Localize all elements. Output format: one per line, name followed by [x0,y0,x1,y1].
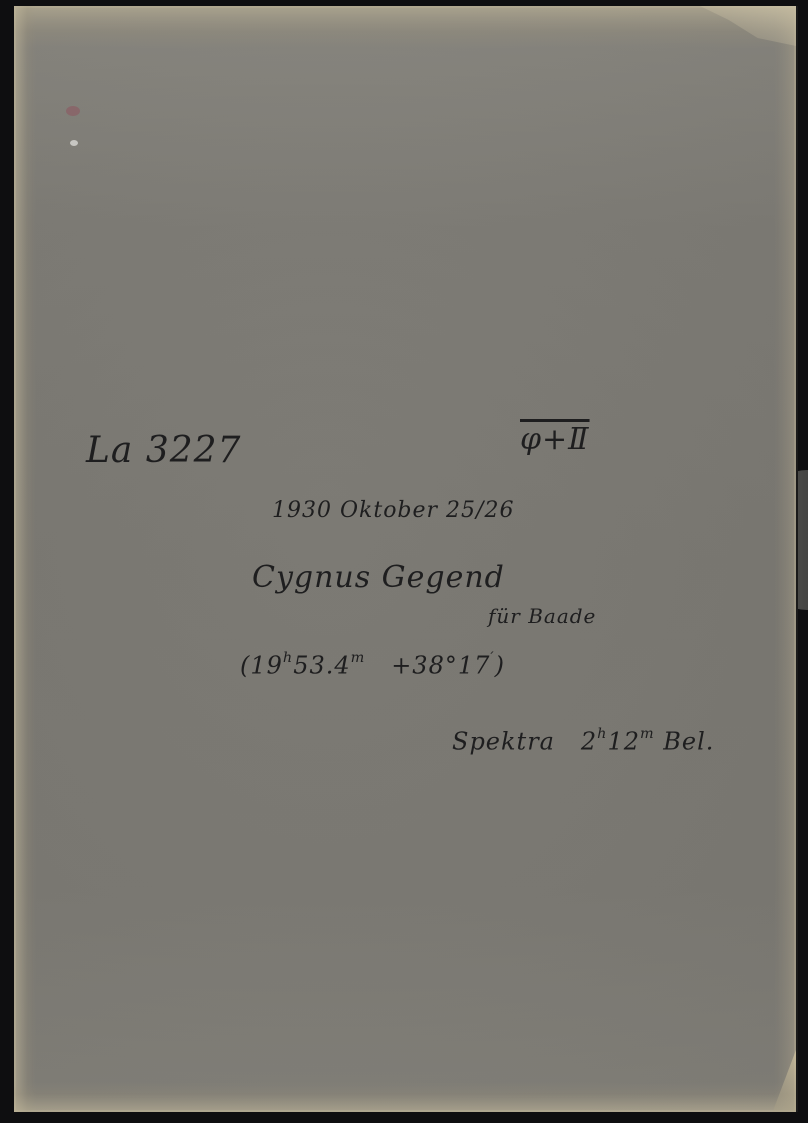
coords-open-paren: ( [240,652,250,680]
envelope-bottom-fold [14,1082,796,1112]
declination: +38°17 [391,652,490,680]
exposure-label: Spektra [452,728,555,756]
exposure-suffix: Bel. [663,728,714,756]
catalog-number: La 3227 [86,430,241,471]
ra-minutes-unit: m [351,650,366,666]
plate-mark: φ+Ⅱ [520,422,590,457]
exposure-minutes-unit: m [640,726,655,742]
ra-hours: 19 [250,652,283,680]
exposure-note: Spektra 2h12m Bel. [452,726,714,756]
envelope-left-fold [14,6,36,1112]
exposure-minutes: 12 [607,728,640,756]
coordinates: (19h53.4m +38°17′) [240,650,505,680]
coords-close-paren: ) [495,652,505,680]
plate-envelope [14,6,798,1112]
paper-speck [70,140,78,146]
red-stain [66,106,80,116]
envelope-right-fold [774,6,796,1112]
exposure-hours: 2 [581,728,597,756]
sky-region: Cygnus Gegend [252,560,505,595]
observation-date: 1930 Oktober 25/26 [272,498,514,523]
exposure-hours-unit: h [597,726,607,742]
ra-hours-unit: h [283,650,293,666]
recipient-note: für Baade [488,604,596,628]
ra-minutes: 53.4 [293,652,350,680]
envelope-top-fold [14,6,796,48]
